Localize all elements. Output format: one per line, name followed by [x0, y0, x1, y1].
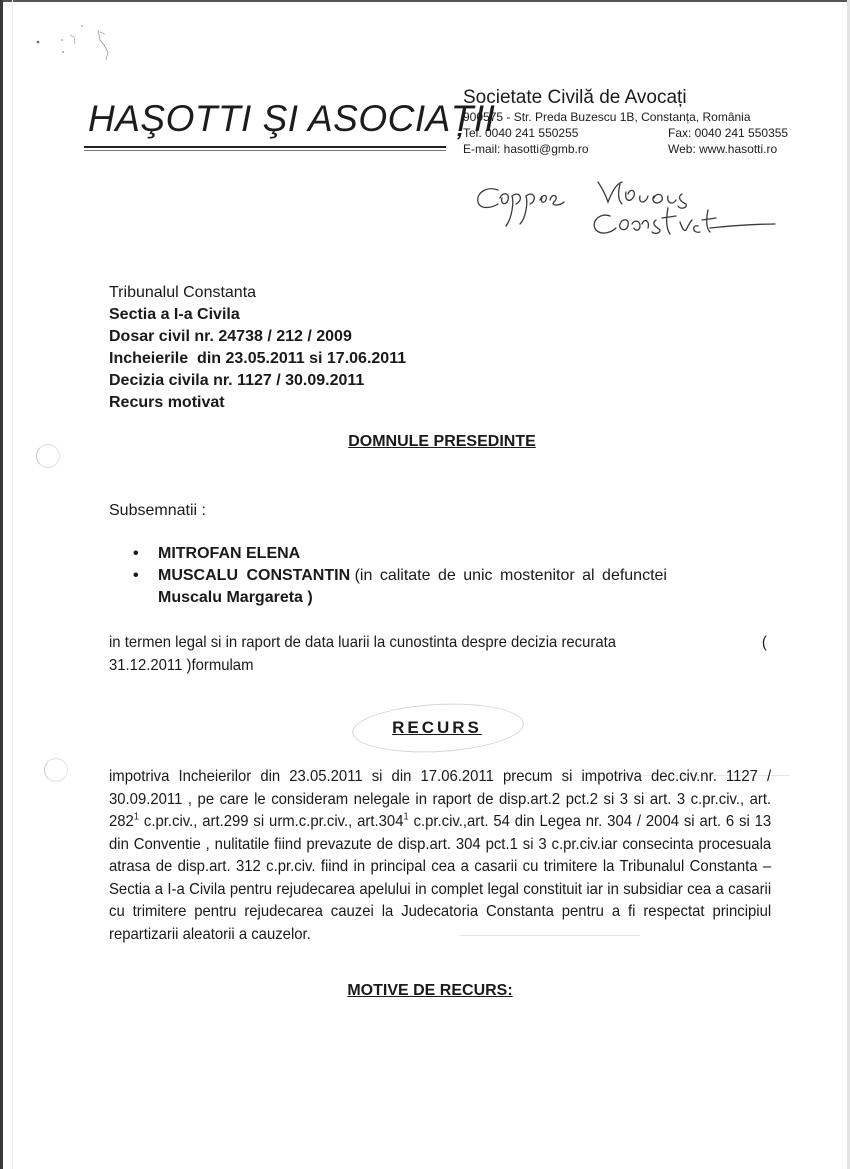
civil-decision-number: Decizia civila nr. 1127 / 30.09.2011	[109, 370, 406, 392]
scan-border-top	[0, 0, 850, 2]
court-name: Tribunalul Constanta	[109, 282, 406, 304]
grounds-heading: MOTIVE DE RECURS:	[5, 982, 850, 1000]
firm-email[interactable]: E-mail: hasotti@gmb.ro	[463, 141, 589, 157]
appellant-name: MUSCALU CONSTANTIN	[158, 567, 350, 584]
rulings-dates: Incheierile din 23.05.2011 si 17.06.2011	[109, 348, 406, 370]
firm-tel: Tel. 0040 241 550255	[463, 125, 578, 141]
deceased-name: Muscalu Margareta )	[158, 589, 313, 606]
bullet-icon: •	[133, 543, 139, 565]
salutation-heading: DOMNULE PRESEDINTE	[17, 433, 850, 451]
firm-name: HAŞOTTI ŞI ASOCIAȚII	[88, 98, 495, 140]
document-type: Recurs motivat	[109, 392, 406, 414]
term-paragraph: in termen legal si in raport de data lua…	[109, 632, 771, 677]
scan-border-left	[0, 0, 3, 1169]
list-item: • MITROFAN ELENA	[133, 543, 773, 565]
firm-fax: Fax: 0040 241 550355	[668, 125, 793, 141]
recurs-heading: RECURS	[12, 718, 850, 738]
appellants-list: • MITROFAN ELENA • MUSCALU CONSTANTIN (i…	[133, 543, 773, 609]
term-line-1: in termen legal si in raport de data lua…	[109, 632, 771, 655]
appellant-name: MITROFAN ELENA	[158, 545, 300, 562]
recurs-body-paragraph: impotriva Incheierilor din 23.05.2011 si…	[109, 766, 771, 946]
body-text-part: c.pr.civ., art.299 si urm.c.pr.civ., art…	[139, 813, 403, 830]
case-file-number: Dosar civil nr. 24738 / 212 / 2009	[109, 326, 406, 348]
firm-web-row: E-mail: hasotti@gmb.ro Web: www.hasotti.…	[463, 141, 793, 157]
firm-subtitle: Societate Civilă de Avocați	[463, 87, 793, 109]
term-paren: (	[762, 632, 767, 655]
court-section: Sectia a I-a Civila	[109, 304, 406, 326]
handwritten-annotation	[470, 178, 790, 253]
firm-name-underline	[84, 146, 446, 151]
punch-hole-mark	[44, 758, 68, 782]
firm-phone-row: Tel. 0040 241 550255 Fax: 0040 241 55035…	[463, 125, 793, 141]
term-line-2: 31.12.2011 )formulam	[109, 655, 771, 678]
bullet-icon: •	[133, 565, 139, 587]
addressee-block: Tribunalul Constanta Sectia a I-a Civila…	[109, 282, 406, 414]
list-item: • MUSCALU CONSTANTIN (in calitate de uni…	[133, 565, 773, 609]
firm-web[interactable]: Web: www.hasotti.ro	[668, 141, 793, 157]
appellant-capacity-note: (in calitate de unic mostenitor al defun…	[355, 567, 667, 584]
firm-address: 900575 - Str. Preda Buzescu 1B, Constanț…	[463, 109, 793, 125]
body-text-part: c.pr.civ.,art. 54 din Legea nr. 304 / 20…	[109, 813, 771, 943]
undersigned-label: Subsemnatii :	[109, 500, 206, 522]
firm-contact-block: Societate Civilă de Avocați 900575 - Str…	[463, 87, 793, 157]
scan-specks	[30, 20, 130, 80]
